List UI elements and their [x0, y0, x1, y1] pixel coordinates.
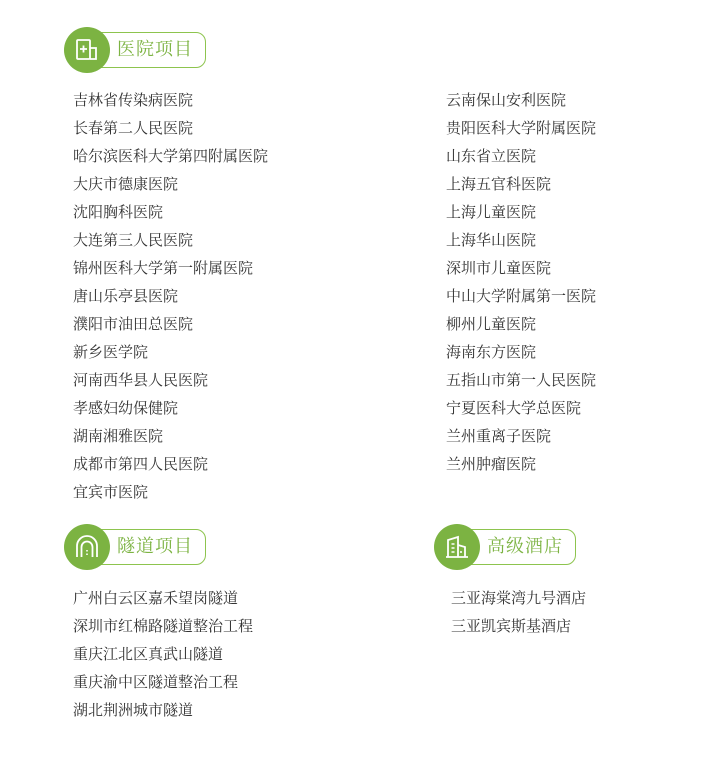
list-item: 唐山乐亭县医院	[73, 282, 268, 310]
list-item: 成都市第四人民医院	[73, 450, 268, 478]
list-item: 深圳市红棉路隧道整治工程	[73, 612, 253, 640]
hospital-section-title: 医院项目	[117, 37, 193, 63]
list-item: 兰州重离子医院	[446, 422, 596, 450]
list-item: 新乡医学院	[73, 338, 268, 366]
tunnel-section-header: 隧道项目	[64, 524, 206, 570]
tunnel-icon-circle	[64, 524, 110, 570]
hospital-section-header: 医院项目	[64, 27, 206, 73]
tunnel-section-title: 隧道项目	[117, 534, 193, 560]
list-item: 三亚海棠湾九号酒店	[451, 584, 586, 612]
list-item: 锦州医科大学第一附属医院	[73, 254, 268, 282]
hospital-list-right: 云南保山安利医院 贵阳医科大学附属医院 山东省立医院 上海五官科医院 上海儿童医…	[446, 86, 596, 478]
list-item: 三亚凯宾斯基酒店	[451, 612, 586, 640]
list-item: 濮阳市油田总医院	[73, 310, 268, 338]
tunnel-icon	[73, 533, 101, 561]
list-item: 孝感妇幼保健院	[73, 394, 268, 422]
list-item: 海南东方医院	[446, 338, 596, 366]
list-item: 湖南湘雅医院	[73, 422, 268, 450]
list-item: 广州白云区嘉禾望岗隧道	[73, 584, 253, 612]
list-item: 贵阳医科大学附属医院	[446, 114, 596, 142]
list-item: 宜宾市医院	[73, 478, 268, 506]
hospital-list-left: 吉林省传染病医院 长春第二人民医院 哈尔滨医科大学第四附属医院 大庆市德康医院 …	[73, 86, 268, 506]
hotel-list: 三亚海棠湾九号酒店 三亚凯宾斯基酒店	[451, 584, 586, 640]
list-item: 中山大学附属第一医院	[446, 282, 596, 310]
hotel-icon-circle	[434, 524, 480, 570]
hospital-plus-icon	[74, 37, 100, 63]
hotel-section-header: 高级酒店	[434, 524, 576, 570]
list-item: 云南保山安利医院	[446, 86, 596, 114]
list-item: 重庆江北区真武山隧道	[73, 640, 253, 668]
tunnel-list: 广州白云区嘉禾望岗隧道 深圳市红棉路隧道整治工程 重庆江北区真武山隧道 重庆渝中…	[73, 584, 253, 724]
list-item: 沈阳胸科医院	[73, 198, 268, 226]
list-item: 宁夏医科大学总医院	[446, 394, 596, 422]
list-item: 上海华山医院	[446, 226, 596, 254]
hotel-section-title: 高级酒店	[487, 534, 563, 560]
hospital-icon-circle	[64, 27, 110, 73]
list-item: 深圳市儿童医院	[446, 254, 596, 282]
list-item: 兰州肿瘤医院	[446, 450, 596, 478]
list-item: 湖北荆洲城市隧道	[73, 696, 253, 724]
list-item: 上海五官科医院	[446, 170, 596, 198]
list-item: 哈尔滨医科大学第四附属医院	[73, 142, 268, 170]
list-item: 河南西华县人民医院	[73, 366, 268, 394]
list-item: 柳州儿童医院	[446, 310, 596, 338]
list-item: 五指山市第一人民医院	[446, 366, 596, 394]
list-item: 大连第三人民医院	[73, 226, 268, 254]
list-item: 山东省立医院	[446, 142, 596, 170]
list-item: 上海儿童医院	[446, 198, 596, 226]
list-item: 吉林省传染病医院	[73, 86, 268, 114]
building-icon	[443, 533, 471, 561]
list-item: 长春第二人民医院	[73, 114, 268, 142]
list-item: 大庆市德康医院	[73, 170, 268, 198]
list-item: 重庆渝中区隧道整治工程	[73, 668, 253, 696]
